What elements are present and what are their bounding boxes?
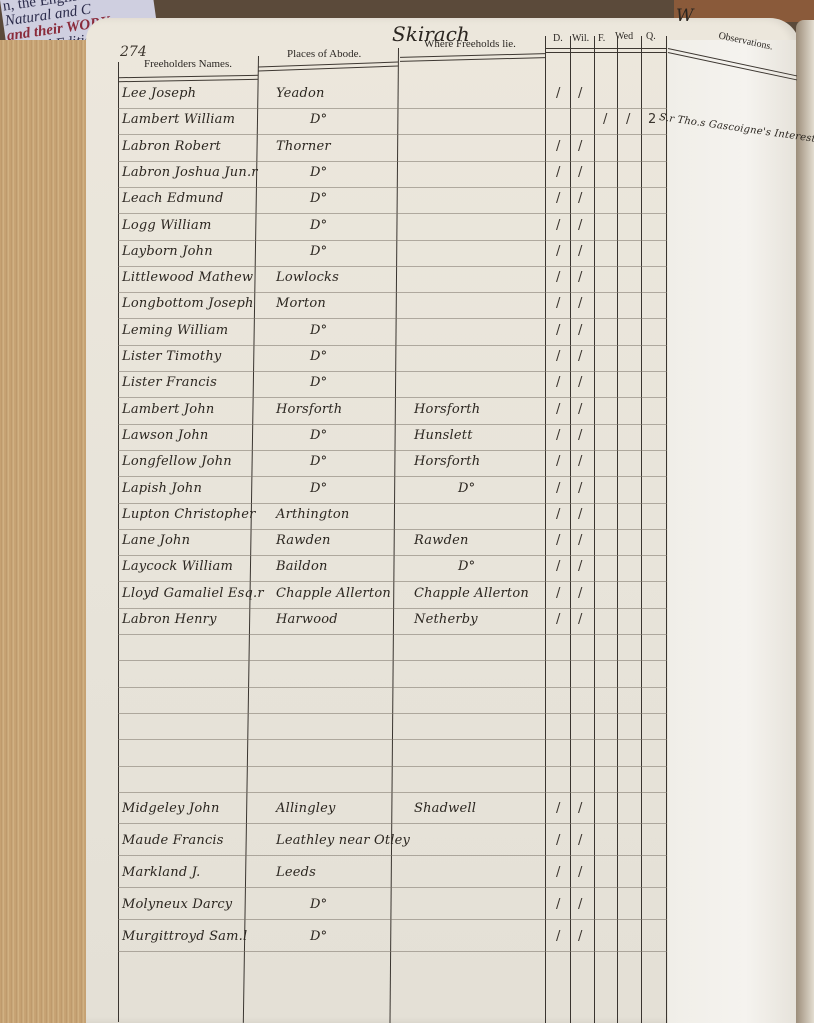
mark-d: / [556, 612, 560, 627]
mark-wil: / [578, 533, 582, 548]
mark-d: / [556, 833, 560, 848]
row-rule [258, 766, 398, 767]
row-rule [258, 529, 398, 530]
row-rule [258, 371, 398, 372]
mark-wil: / [578, 865, 582, 880]
freeholder-name: Lister Timothy [122, 349, 221, 364]
mark-wil: / [578, 165, 582, 180]
place-of-abode: D° [310, 375, 327, 390]
row-rule [118, 134, 258, 135]
mark-wil: / [578, 244, 582, 259]
row-rule [258, 240, 398, 241]
row-rule [258, 450, 398, 451]
freeholder-name: Lapish John [122, 481, 202, 496]
row-rule [118, 292, 258, 293]
place-of-abode: D° [310, 481, 327, 496]
mark-wil: / [578, 375, 582, 390]
row-rule [118, 951, 258, 952]
row-rule [258, 634, 398, 635]
row-rule [398, 161, 545, 162]
row-rule [545, 766, 667, 767]
place-of-abode: D° [310, 897, 327, 912]
row-rule [398, 887, 545, 888]
header-d: D. [553, 33, 563, 44]
row-rule [545, 213, 667, 214]
row-rule [118, 161, 258, 162]
row-rule [545, 397, 667, 398]
row-rule [545, 108, 667, 109]
freeholder-name: Lane John [122, 533, 190, 548]
row-rule [118, 766, 258, 767]
place-of-abode: Harwood [276, 612, 338, 627]
mark-wil: / [578, 481, 582, 496]
row-rule [398, 503, 545, 504]
place-of-abode: D° [310, 218, 327, 233]
place-of-abode: Horsforth [276, 402, 342, 417]
mark-d: / [556, 296, 560, 311]
row-rule [258, 713, 398, 714]
row-rule [118, 529, 258, 530]
row-rule [258, 581, 398, 582]
row-rule [398, 108, 545, 109]
row-rule [398, 345, 545, 346]
place-of-abode: D° [310, 929, 327, 944]
row-rule [545, 823, 667, 824]
freeholder-name: Logg William [122, 218, 211, 233]
row-rule [258, 687, 398, 688]
place-of-abode: Arthington [276, 507, 349, 522]
mark-d: / [556, 865, 560, 880]
row-rule [398, 919, 545, 920]
mark-wil: / [578, 296, 582, 311]
mark-wil: / [578, 929, 582, 944]
row-rule [118, 660, 258, 661]
mark-d: / [556, 428, 560, 443]
row-rule [545, 855, 667, 856]
row-rule [118, 503, 258, 504]
row-rule [118, 608, 258, 609]
mark-d: / [556, 402, 560, 417]
row-rule [258, 855, 398, 856]
row-rule [398, 397, 545, 398]
row-rule [398, 292, 545, 293]
freeholder-name: Markland J. [122, 865, 200, 880]
header-rule [545, 52, 667, 53]
row-rule [118, 476, 258, 477]
row-rule [118, 919, 258, 920]
row-rule [545, 792, 667, 793]
freeholder-name: Leach Edmund [122, 191, 223, 206]
place-of-abode: D° [310, 454, 327, 469]
mark-wil: / [578, 559, 582, 574]
place-of-abode: Yeadon [276, 86, 325, 101]
mark-d: / [556, 86, 560, 101]
row-rule [258, 476, 398, 477]
row-rule [398, 213, 545, 214]
mark-wil: / [578, 270, 582, 285]
row-rule [258, 792, 398, 793]
row-rule [258, 424, 398, 425]
row-rule [398, 608, 545, 609]
row-rule [545, 634, 667, 635]
row-rule [258, 318, 398, 319]
freehold-location: Shadwell [414, 801, 476, 816]
mark-wil: / [578, 801, 582, 816]
mark-q: 2 [648, 112, 656, 127]
row-rule [258, 951, 398, 952]
freehold-location: Chapple Allerton [414, 586, 529, 601]
mark-d: / [556, 533, 560, 548]
mark-wed: / [626, 112, 630, 127]
mark-d: / [556, 801, 560, 816]
row-rule [118, 424, 258, 425]
freeholder-name: Lister Francis [122, 375, 217, 390]
mark-wil: / [578, 218, 582, 233]
row-rule [398, 134, 545, 135]
header-q: Q. [646, 31, 656, 42]
row-rule [398, 450, 545, 451]
row-rule [118, 371, 258, 372]
row-rule [398, 687, 545, 688]
mark-d: / [556, 191, 560, 206]
row-rule [258, 919, 398, 920]
row-rule [118, 108, 258, 109]
freehold-location: Horsforth [414, 454, 480, 469]
row-rule [545, 450, 667, 451]
row-rule [258, 134, 398, 135]
row-rule [118, 397, 258, 398]
observations-column-bg [668, 40, 798, 1023]
row-rule [398, 951, 545, 952]
freeholder-name: Maude Francis [122, 833, 224, 848]
row-rule [398, 318, 545, 319]
column-rule-left [118, 62, 119, 1022]
row-rule [398, 739, 545, 740]
row-rule [258, 292, 398, 293]
place-of-abode: Lowlocks [276, 270, 339, 285]
mark-d: / [556, 929, 560, 944]
row-rule [258, 887, 398, 888]
freeholder-name: Laycock William [122, 559, 233, 574]
mark-wil: / [578, 86, 582, 101]
mark-d: / [556, 244, 560, 259]
row-rule [545, 951, 667, 952]
place-of-abode: Morton [276, 296, 326, 311]
row-rule [545, 134, 667, 135]
freeholder-name: Longfellow John [122, 454, 232, 469]
place-of-abode: Leathley near Otley [276, 833, 410, 848]
row-rule [258, 823, 398, 824]
mark-d: / [556, 139, 560, 154]
header-rule [545, 48, 667, 49]
mark-wil: / [578, 586, 582, 601]
row-rule [545, 687, 667, 688]
mark-d: / [556, 897, 560, 912]
freeholder-name: Lambert John [122, 402, 214, 417]
row-rule [545, 919, 667, 920]
row-rule [545, 555, 667, 556]
row-rule [545, 318, 667, 319]
place-of-abode: D° [310, 244, 327, 259]
row-rule [118, 634, 258, 635]
row-rule [258, 345, 398, 346]
row-rule [118, 887, 258, 888]
row-rule [118, 266, 258, 267]
row-rule [545, 187, 667, 188]
freehold-location: D° [458, 559, 475, 574]
corner-mark: W [676, 6, 693, 26]
row-rule [398, 792, 545, 793]
row-rule [118, 687, 258, 688]
row-rule [545, 371, 667, 372]
row-rule [398, 766, 545, 767]
row-rule [118, 450, 258, 451]
row-rule [258, 108, 398, 109]
row-rule [118, 713, 258, 714]
mark-wil: / [578, 897, 582, 912]
row-rule [398, 240, 545, 241]
place-of-abode: D° [310, 349, 327, 364]
mark-d: / [556, 323, 560, 338]
place-of-abode: Baildon [276, 559, 328, 574]
mark-wil: / [578, 402, 582, 417]
row-rule [545, 713, 667, 714]
row-rule [545, 503, 667, 504]
row-rule [398, 529, 545, 530]
mark-wil: / [578, 454, 582, 469]
header-places-of-abode: Places of Abode. [287, 48, 361, 60]
place-of-abode: D° [310, 165, 327, 180]
row-rule [398, 266, 545, 267]
page-number: 274 [120, 44, 147, 60]
row-rule [398, 823, 545, 824]
mark-wil: / [578, 833, 582, 848]
mark-d: / [556, 270, 560, 285]
row-rule [545, 266, 667, 267]
place-of-abode: D° [310, 112, 327, 127]
place-of-abode: Thorner [276, 139, 331, 154]
row-rule [545, 581, 667, 582]
header-where-freeholds-lie: Where Freeholds lie. [424, 38, 516, 50]
row-rule [545, 660, 667, 661]
mark-d: / [556, 454, 560, 469]
row-rule [398, 424, 545, 425]
ledger-photo: n, the English W Natural and C and their… [0, 0, 814, 1023]
freeholder-name: Layborn John [122, 244, 213, 259]
row-rule [118, 213, 258, 214]
mark-wil: / [578, 139, 582, 154]
row-rule [118, 187, 258, 188]
place-of-abode: Leeds [276, 865, 316, 880]
freeholder-name: Lee Joseph [122, 86, 196, 101]
freeholder-name: Labron Joshua Jun.r [122, 165, 258, 180]
freeholder-name: Littlewood Mathew [122, 270, 253, 285]
row-rule [398, 713, 545, 714]
mark-d: / [556, 586, 560, 601]
row-rule [398, 555, 545, 556]
row-rule [398, 634, 545, 635]
row-rule [258, 608, 398, 609]
row-rule [118, 581, 258, 582]
row-rule [545, 292, 667, 293]
row-rule [545, 240, 667, 241]
freeholder-name: Lloyd Gamaliel Esq.r [122, 586, 264, 601]
place-of-abode: Rawden [276, 533, 331, 548]
row-rule [258, 739, 398, 740]
row-rule [118, 318, 258, 319]
mark-wil: / [578, 349, 582, 364]
place-of-abode: D° [310, 191, 327, 206]
freehold-location: Netherby [414, 612, 478, 627]
row-rule [545, 608, 667, 609]
freehold-location: Horsforth [414, 402, 480, 417]
freeholder-name: Longbottom Joseph [122, 296, 254, 311]
mark-d: / [556, 349, 560, 364]
mark-d: / [556, 559, 560, 574]
freehold-location: D° [458, 481, 475, 496]
row-rule [398, 855, 545, 856]
place-of-abode: D° [310, 428, 327, 443]
row-rule [258, 555, 398, 556]
facing-page-edge [796, 20, 814, 1023]
mark-wil: / [578, 428, 582, 443]
row-rule [398, 660, 545, 661]
row-rule [258, 187, 398, 188]
row-rule [118, 792, 258, 793]
mark-d: / [556, 375, 560, 390]
mark-wil: / [578, 612, 582, 627]
header-f: F. [598, 33, 605, 44]
row-rule [545, 529, 667, 530]
row-rule [258, 660, 398, 661]
mark-d: / [556, 165, 560, 180]
row-rule [118, 240, 258, 241]
row-rule [545, 424, 667, 425]
row-rule [398, 187, 545, 188]
row-rule [545, 476, 667, 477]
freehold-location: Rawden [414, 533, 469, 548]
row-rule [258, 503, 398, 504]
mark-wil: / [578, 191, 582, 206]
place-of-abode: Allingley [276, 801, 336, 816]
row-rule [258, 266, 398, 267]
row-rule [118, 823, 258, 824]
place-of-abode: D° [310, 323, 327, 338]
row-rule [545, 739, 667, 740]
freeholder-name: Lawson John [122, 428, 209, 443]
row-rule [545, 345, 667, 346]
header-wil: Wil. [572, 33, 589, 44]
row-rule [398, 581, 545, 582]
mark-wil: / [578, 323, 582, 338]
row-rule [545, 887, 667, 888]
row-rule [398, 371, 545, 372]
row-rule [118, 555, 258, 556]
mark-wil: / [578, 507, 582, 522]
row-rule [398, 476, 545, 477]
row-rule [258, 213, 398, 214]
freeholder-name: Lambert William [122, 112, 235, 127]
row-rule [258, 397, 398, 398]
mark-d: / [556, 507, 560, 522]
freeholder-name: Labron Robert [122, 139, 221, 154]
row-rule [258, 161, 398, 162]
row-rule [545, 161, 667, 162]
freeholder-name: Leming William [122, 323, 228, 338]
row-rule [118, 855, 258, 856]
freeholder-name: Lupton Christopher [122, 507, 256, 522]
mark-f: / [603, 112, 607, 127]
freeholder-name: Murgittroyd Sam.l [122, 929, 247, 944]
mark-d: / [556, 218, 560, 233]
place-of-abode: Chapple Allerton [276, 586, 391, 601]
freeholder-name: Molyneux Darcy [122, 897, 232, 912]
freeholder-name: Labron Henry [122, 612, 217, 627]
row-rule [118, 345, 258, 346]
mark-d: / [556, 481, 560, 496]
freehold-location: Hunslett [414, 428, 473, 443]
row-rule [118, 739, 258, 740]
header-freeholders-names: Freeholders Names. [144, 58, 232, 70]
freeholder-name: Midgeley John [122, 801, 220, 816]
